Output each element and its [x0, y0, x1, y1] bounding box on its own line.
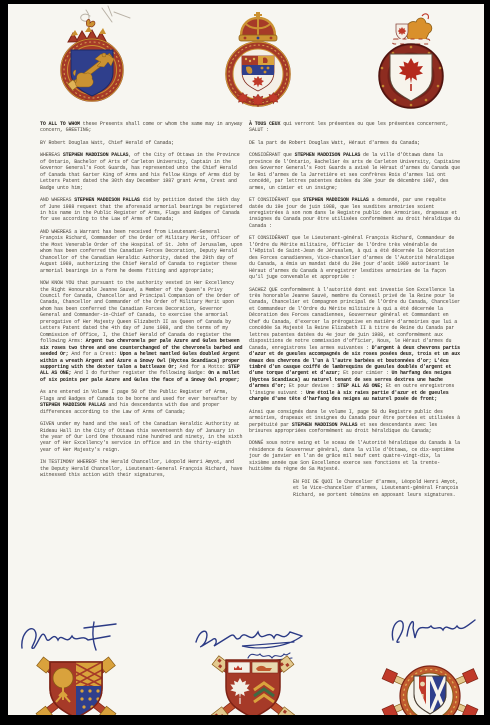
- french-text-column: À TOUS CEUX qui verront les présentes ou…: [249, 121, 461, 504]
- paragraph: EN FOI DE QUOI le Chancelier d'armes, Lé…: [293, 479, 461, 498]
- heraldic-arms-bottom-left: [22, 652, 130, 715]
- scanned-document-frame: TO ALL TO WHOM these Presents shall come…: [0, 0, 490, 725]
- heraldic-badge-bottom-right: [378, 654, 482, 715]
- paragraph: As are entered in Volume I page 50 of th…: [40, 389, 245, 415]
- paragraph: GIVEN under my hand and the seal of the …: [40, 421, 245, 453]
- letters-patent-page: TO ALL TO WHOM these Presents shall come…: [8, 4, 484, 715]
- paragraph: BY Robert Douglas Watt, Chief Herald of …: [40, 140, 245, 146]
- heraldic-arms-bottom-center: [196, 650, 310, 715]
- paragraph: AND WHEREAS a Warrant has been received …: [40, 229, 245, 274]
- paragraph: AND WHEREAS STEPHEN MADDISON PALLAS did …: [40, 197, 245, 223]
- paragraph: SACHEZ QUE conformément à l'autorité don…: [249, 287, 461, 403]
- paragraph: À TOUS CEUX qui verront les présentes ou…: [249, 121, 461, 134]
- paragraph: ET CONSIDÉRANT que le Lieutenant-général…: [249, 235, 461, 280]
- paragraph: WHEREAS STEPHEN MADDISON PALLAS, of the …: [40, 152, 245, 191]
- paragraph: Ainsi que consignés dans le volume I, pa…: [249, 409, 461, 435]
- heraldic-badge-top-center: [205, 6, 311, 112]
- paragraph: CONSIDÉRANT que STEPHEN MADDISON PALLAS …: [249, 152, 461, 191]
- crest-coronet: [68, 19, 106, 42]
- chief: [228, 662, 278, 673]
- maple-leaf-cluster: [237, 92, 280, 107]
- paragraph: TO ALL TO WHOM these Presents shall come…: [40, 121, 245, 134]
- english-text-column: TO ALL TO WHOM these Presents shall come…: [40, 121, 245, 485]
- signature-richard: [385, 606, 483, 658]
- lion-crest-icon: [392, 14, 432, 44]
- paragraph: DONNÉ sous notre seing et le sceau de l'…: [249, 440, 461, 472]
- heraldic-badge-top-left: [35, 6, 145, 114]
- paragraph: NOW KNOW YOU that pursuant to the author…: [40, 280, 245, 383]
- paragraph: DE la part de Robert Douglas Watt, Hérau…: [249, 140, 461, 146]
- heraldic-badge-top-right: [352, 6, 462, 112]
- paragraph: IN TESTIMONY WHEREOF the Herald Chancell…: [40, 459, 245, 478]
- paragraph: ET CONSIDÉRANT que STEPHEN MADDISON PALL…: [249, 197, 461, 229]
- royal-crown-icon: [239, 12, 277, 41]
